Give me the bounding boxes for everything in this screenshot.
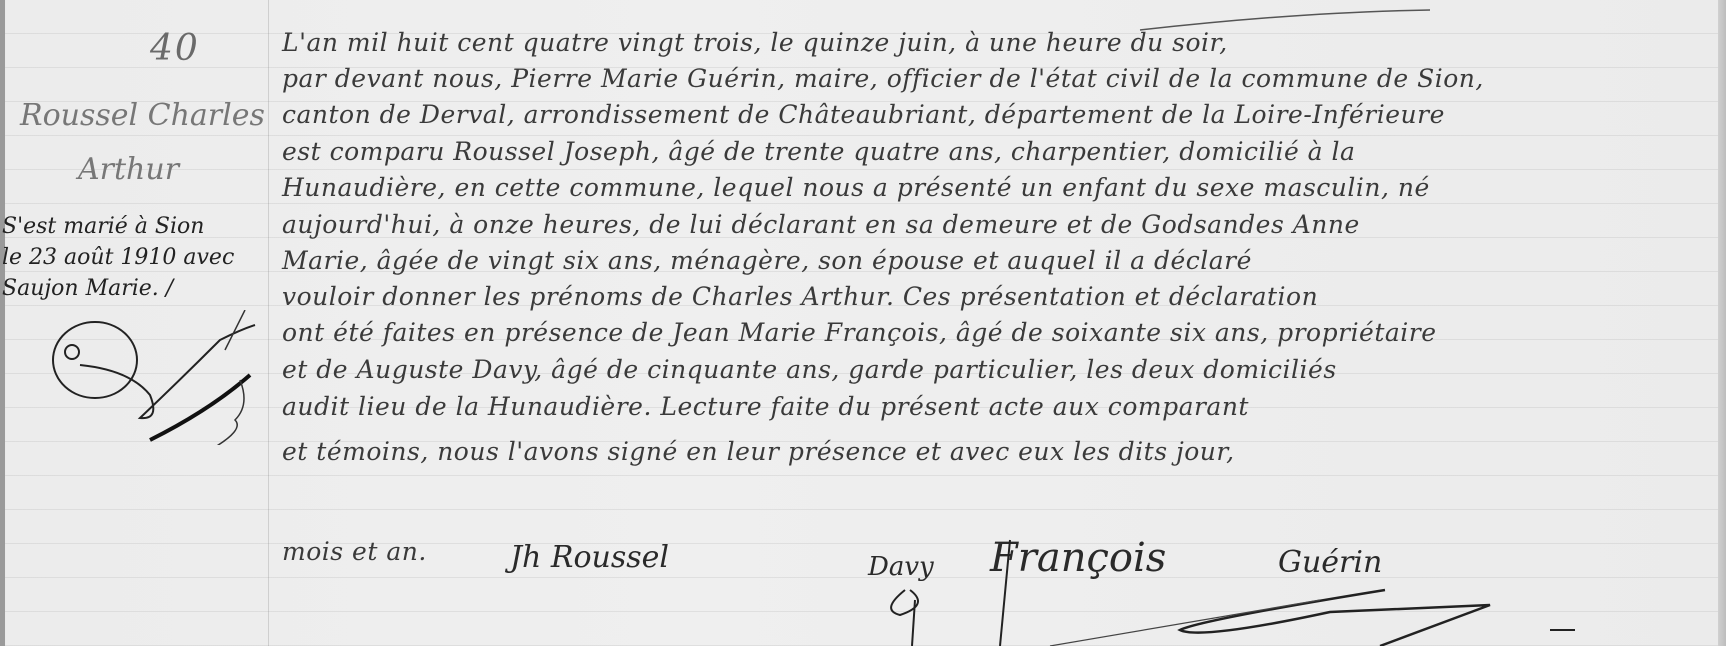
body-line: mois et an. [282, 537, 427, 566]
margin-child-forename: Arthur [78, 152, 179, 187]
body-line: audit lieu de la Hunaudière. Lecture fai… [282, 392, 1249, 421]
register-page: 40 Roussel Charles Arthur S'est marié à … [0, 0, 1726, 646]
body-line: Marie, âgée de vingt six ans, ménagère, … [282, 246, 1252, 275]
page-binding-edge [0, 0, 5, 646]
body-line: aujourd'hui, à onze heures, de lui décla… [282, 210, 1360, 239]
margin-annotation-line: Saujon Marie. / [2, 276, 173, 301]
signature-mayor: Guérin [1278, 545, 1382, 580]
margin-child-surname: Roussel Charles [20, 98, 265, 133]
body-line: et de Auguste Davy, âgé de cinquante ans… [282, 355, 1337, 384]
body-line: par devant nous, Pierre Marie Guérin, ma… [282, 64, 1484, 93]
margin-annotation-line: le 23 août 1910 avec [2, 245, 234, 270]
body-line: est comparu Roussel Joseph, âgé de trent… [282, 137, 1355, 166]
body-line: Hunaudière, en cette commune, lequel nou… [282, 173, 1430, 202]
body-line: L'an mil huit cent quatre vingt trois, l… [282, 28, 1228, 57]
signature-witness-francois: François [990, 535, 1166, 581]
body-line: et témoins, nous l'avons signé en leur p… [282, 437, 1235, 466]
page-right-edge [1718, 0, 1726, 646]
body-line: ont été faites en présence de Jean Marie… [282, 318, 1437, 347]
signature-father: Jh Roussel [510, 540, 669, 575]
act-number: 40 [150, 28, 200, 69]
body-line: canton de Derval, arrondissement de Chât… [282, 100, 1445, 129]
body-line: vouloir donner les prénoms de Charles Ar… [282, 282, 1318, 311]
signature-witness-davy: Davy [868, 552, 934, 582]
margin-annotation-line: S'est marié à Sion [2, 214, 204, 239]
